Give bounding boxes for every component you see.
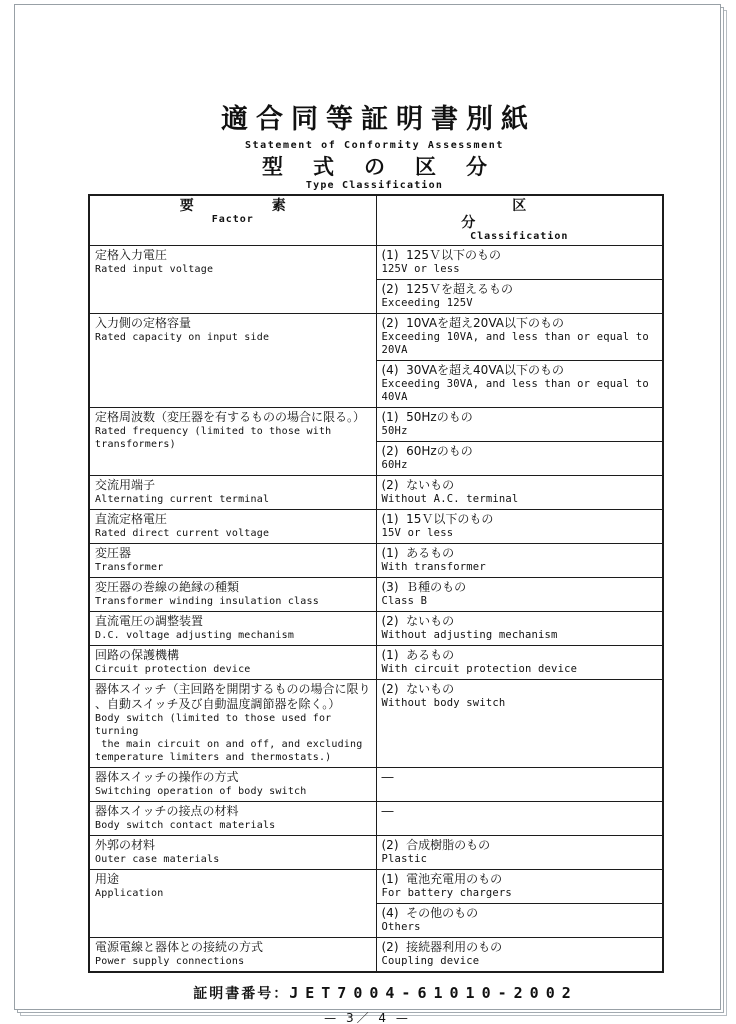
table-row: 定格周波数（変圧器を有するものの場合に限る。）Rated frequency (… bbox=[89, 408, 663, 442]
table-row: 外郭の材料Outer case materials(2) 合成樹脂のものPlas… bbox=[89, 836, 663, 870]
factor-cell: 器体スイッチの操作の方式Switching operation of body … bbox=[89, 768, 376, 802]
factor-cell: 器体スイッチの接点の材料Body switch contact material… bbox=[89, 802, 376, 836]
classification-text-jp: (1) あるもの bbox=[382, 546, 659, 561]
factor-text-jp: 交流用端子 bbox=[95, 478, 372, 493]
factor-cell: 変圧器の巻線の絶縁の種類Transformer winding insulati… bbox=[89, 578, 376, 612]
factor-text-en: D.C. voltage adjusting mechanism bbox=[95, 629, 372, 642]
classification-text-en: Exceeding 10VA, and less than or equal t… bbox=[382, 331, 659, 357]
factor-cell: 直流電圧の調整装置D.C. voltage adjusting mechanis… bbox=[89, 612, 376, 646]
factor-text-en: Transformer winding insulation class bbox=[95, 595, 372, 608]
classification-text-en: Without adjusting mechanism bbox=[382, 629, 659, 642]
classification-text-jp: (2) 60Hzのもの bbox=[382, 444, 659, 459]
classification-text-jp: (4) その他のもの bbox=[382, 906, 659, 921]
factor-cell: 直流定格電圧Rated direct current voltage bbox=[89, 510, 376, 544]
classification-text-jp: ― bbox=[382, 804, 659, 819]
classification-header-jp: 区分 bbox=[381, 198, 659, 232]
factor-cell: 回路の保護機構Circuit protection device bbox=[89, 646, 376, 680]
factor-text-jp: 器体スイッチ（主回路を開閉するものの場合に限り 、自動スイッチ及び自動温度調節器… bbox=[95, 682, 372, 712]
classification-cell: ― bbox=[376, 768, 663, 802]
factor-text-jp: 外郭の材料 bbox=[95, 838, 372, 853]
table-row: 器体スイッチ（主回路を開閉するものの場合に限り 、自動スイッチ及び自動温度調節器… bbox=[89, 680, 663, 768]
factor-cell: 定格周波数（変圧器を有するものの場合に限る。）Rated frequency (… bbox=[89, 408, 376, 476]
factor-text-jp: 入力側の定格容量 bbox=[95, 316, 372, 331]
table-row: 器体スイッチの接点の材料Body switch contact material… bbox=[89, 802, 663, 836]
classification-cell: (2) 接続器利用のものCoupling device bbox=[376, 938, 663, 973]
factor-text-en: Application bbox=[95, 887, 372, 900]
factor-text-en: Transformer bbox=[95, 561, 372, 574]
classification-text-en: 125V or less bbox=[382, 263, 659, 276]
classification-cell: (2) 10VAを超え20VA以下のものExceeding 10VA, and … bbox=[376, 314, 663, 361]
table-row: 直流電圧の調整装置D.C. voltage adjusting mechanis… bbox=[89, 612, 663, 646]
factor-cell: 入力側の定格容量Rated capacity on input side bbox=[89, 314, 376, 408]
classification-text-en: For battery chargers bbox=[382, 887, 659, 900]
factor-column-header: 要素 Factor bbox=[89, 195, 376, 246]
classification-cell: ― bbox=[376, 802, 663, 836]
factor-text-jp: 変圧器 bbox=[95, 546, 372, 561]
page-title-english: Statement of Conformity Assessment bbox=[29, 140, 720, 152]
classification-text-en: Class B bbox=[382, 595, 659, 608]
page-footer: 証明書番号：JET7004-61010-2002 — 3／ 4 — bbox=[15, 983, 720, 1024]
factor-text-jp: 用途 bbox=[95, 872, 372, 887]
table-header-row: 要素 Factor 区分 Classification bbox=[89, 195, 663, 246]
table-row: 器体スイッチの操作の方式Switching operation of body … bbox=[89, 768, 663, 802]
table-row: 入力側の定格容量Rated capacity on input side(2) … bbox=[89, 314, 663, 361]
classification-text-jp: (1) 125Ｖ以下のもの bbox=[382, 248, 659, 263]
factor-text-jp: 定格入力電圧 bbox=[95, 248, 372, 263]
table-row: 直流定格電圧Rated direct current voltage(1) 15… bbox=[89, 510, 663, 544]
classification-text-en: With transformer bbox=[382, 561, 659, 574]
document-page: 適合同等証明書別紙 Statement of Conformity Assess… bbox=[14, 4, 721, 1010]
classification-text-en: Exceeding 30VA, and less than or equal t… bbox=[382, 378, 659, 404]
factor-text-jp: 器体スイッチの操作の方式 bbox=[95, 770, 372, 785]
factor-cell: 定格入力電圧Rated input voltage bbox=[89, 246, 376, 314]
classification-text-jp: (2) 接続器利用のもの bbox=[382, 940, 659, 955]
classification-text-en: Without body switch bbox=[382, 697, 659, 710]
classification-text-en: Exceeding 125V bbox=[382, 297, 659, 310]
classification-cell: (2) 125Ｖを超えるものExceeding 125V bbox=[376, 280, 663, 314]
classification-cell: (2) ないものWithout A.C. terminal bbox=[376, 476, 663, 510]
certificate-number: JET7004-61010-2002 bbox=[289, 984, 578, 1002]
table-row: 変圧器の巻線の絶縁の種類Transformer winding insulati… bbox=[89, 578, 663, 612]
classification-table-body: 定格入力電圧Rated input voltage(1) 125Ｖ以下のもの12… bbox=[89, 246, 663, 973]
classification-cell: (3) Ｂ種のものClass B bbox=[376, 578, 663, 612]
factor-text-jp: 定格周波数（変圧器を有するものの場合に限る。） bbox=[95, 410, 372, 425]
classification-text-jp: (2) ないもの bbox=[382, 682, 659, 697]
classification-text-jp: (1) あるもの bbox=[382, 648, 659, 663]
factor-text-en: Rated direct current voltage bbox=[95, 527, 372, 540]
factor-cell: 交流用端子Alternating current terminal bbox=[89, 476, 376, 510]
classification-cell: (1) 125Ｖ以下のもの125V or less bbox=[376, 246, 663, 280]
classification-text-jp: (2) 10VAを超え20VA以下のもの bbox=[382, 316, 659, 331]
classification-text-en: Plastic bbox=[382, 853, 659, 866]
classification-text-jp: (1) 電池充電用のもの bbox=[382, 872, 659, 887]
classification-cell: (1) 50Hzのもの50Hz bbox=[376, 408, 663, 442]
classification-text-jp: (4) 30VAを超え40VA以下のもの bbox=[382, 363, 659, 378]
table-row: 用途Application(1) 電池充電用のものFor battery cha… bbox=[89, 870, 663, 904]
table-row: 電源電線と器体との接続の方式Power supply connections(2… bbox=[89, 938, 663, 973]
classification-header-en: Classification bbox=[381, 232, 659, 242]
classification-cell: (1) あるものWith transformer bbox=[376, 544, 663, 578]
classification-table: 要素 Factor 区分 Classification 定格入力電圧Rated … bbox=[88, 194, 664, 973]
classification-text-en: 15V or less bbox=[382, 527, 659, 540]
factor-header-jp: 要素 bbox=[94, 198, 372, 215]
factor-text-jp: 電源電線と器体との接続の方式 bbox=[95, 940, 372, 955]
table-row: 回路の保護機構Circuit protection device(1) あるもの… bbox=[89, 646, 663, 680]
classification-text-en: Without A.C. terminal bbox=[382, 493, 659, 506]
classification-text-en: 50Hz bbox=[382, 425, 659, 438]
classification-text-jp: (2) ないもの bbox=[382, 614, 659, 629]
factor-text-en: Switching operation of body switch bbox=[95, 785, 372, 798]
factor-cell: 電源電線と器体との接続の方式Power supply connections bbox=[89, 938, 376, 973]
factor-text-en: Alternating current terminal bbox=[95, 493, 372, 506]
factor-text-en: Outer case materials bbox=[95, 853, 372, 866]
classification-cell: (2) ないものWithout body switch bbox=[376, 680, 663, 768]
factor-text-jp: 直流電圧の調整装置 bbox=[95, 614, 372, 629]
classification-cell: (4) 30VAを超え40VA以下のものExceeding 30VA, and … bbox=[376, 361, 663, 408]
page-subtitle-english: Type Classification bbox=[29, 180, 720, 191]
page-number: — 3／ 4 — bbox=[15, 1009, 720, 1024]
classification-cell: (1) あるものWith circuit protection device bbox=[376, 646, 663, 680]
classification-text-en: Others bbox=[382, 921, 659, 934]
factor-cell: 用途Application bbox=[89, 870, 376, 938]
classification-text-en: With circuit protection device bbox=[382, 663, 659, 676]
factor-cell: 外郭の材料Outer case materials bbox=[89, 836, 376, 870]
table-row: 定格入力電圧Rated input voltage(1) 125Ｖ以下のもの12… bbox=[89, 246, 663, 280]
classification-text-jp: (1) 15Ｖ以下のもの bbox=[382, 512, 659, 527]
classification-cell: (2) ないものWithout adjusting mechanism bbox=[376, 612, 663, 646]
factor-text-en: Rated capacity on input side bbox=[95, 331, 372, 344]
classification-text-en: 60Hz bbox=[382, 459, 659, 472]
factor-text-en: Power supply connections bbox=[95, 955, 372, 968]
factor-cell: 器体スイッチ（主回路を開閉するものの場合に限り 、自動スイッチ及び自動温度調節器… bbox=[89, 680, 376, 768]
classification-text-jp: (3) Ｂ種のもの bbox=[382, 580, 659, 595]
classification-text-jp: (2) 125Ｖを超えるもの bbox=[382, 282, 659, 297]
table-row: 交流用端子Alternating current terminal(2) ないも… bbox=[89, 476, 663, 510]
classification-cell: (1) 電池充電用のものFor battery chargers bbox=[376, 870, 663, 904]
classification-text-jp: (2) ないもの bbox=[382, 478, 659, 493]
page-subtitle: 型式の区分 bbox=[29, 155, 720, 180]
factor-text-en: Body switch contact materials bbox=[95, 819, 372, 832]
certificate-number-label: 証明書番号： bbox=[193, 986, 289, 1002]
factor-text-en: Rated input voltage bbox=[95, 263, 372, 276]
factor-cell: 変圧器Transformer bbox=[89, 544, 376, 578]
classification-text-en: Coupling device bbox=[382, 955, 659, 968]
table-row: 変圧器Transformer(1) あるものWith transformer bbox=[89, 544, 663, 578]
classification-cell: (1) 15Ｖ以下のもの15V or less bbox=[376, 510, 663, 544]
factor-text-jp: 回路の保護機構 bbox=[95, 648, 372, 663]
factor-text-jp: 器体スイッチの接点の材料 bbox=[95, 804, 372, 819]
factor-text-jp: 変圧器の巻線の絶縁の種類 bbox=[95, 580, 372, 595]
factor-text-en: Rated frequency (limited to those with t… bbox=[95, 425, 372, 451]
classification-cell: (2) 合成樹脂のものPlastic bbox=[376, 836, 663, 870]
classification-column-header: 区分 Classification bbox=[376, 195, 663, 246]
factor-text-en: Body switch (limited to those used for t… bbox=[95, 712, 372, 764]
factor-text-en: Circuit protection device bbox=[95, 663, 372, 676]
title-block: 適合同等証明書別紙 Statement of Conformity Assess… bbox=[15, 5, 720, 191]
classification-cell: (4) その他のものOthers bbox=[376, 904, 663, 938]
classification-cell: (2) 60Hzのもの60Hz bbox=[376, 442, 663, 476]
classification-text-jp: ― bbox=[382, 770, 659, 785]
factor-header-en: Factor bbox=[94, 215, 372, 225]
classification-text-jp: (2) 合成樹脂のもの bbox=[382, 838, 659, 853]
factor-text-jp: 直流定格電圧 bbox=[95, 512, 372, 527]
certificate-number-line: 証明書番号：JET7004-61010-2002 bbox=[15, 983, 720, 1003]
classification-text-jp: (1) 50Hzのもの bbox=[382, 410, 659, 425]
page-title: 適合同等証明書別紙 bbox=[29, 105, 720, 135]
